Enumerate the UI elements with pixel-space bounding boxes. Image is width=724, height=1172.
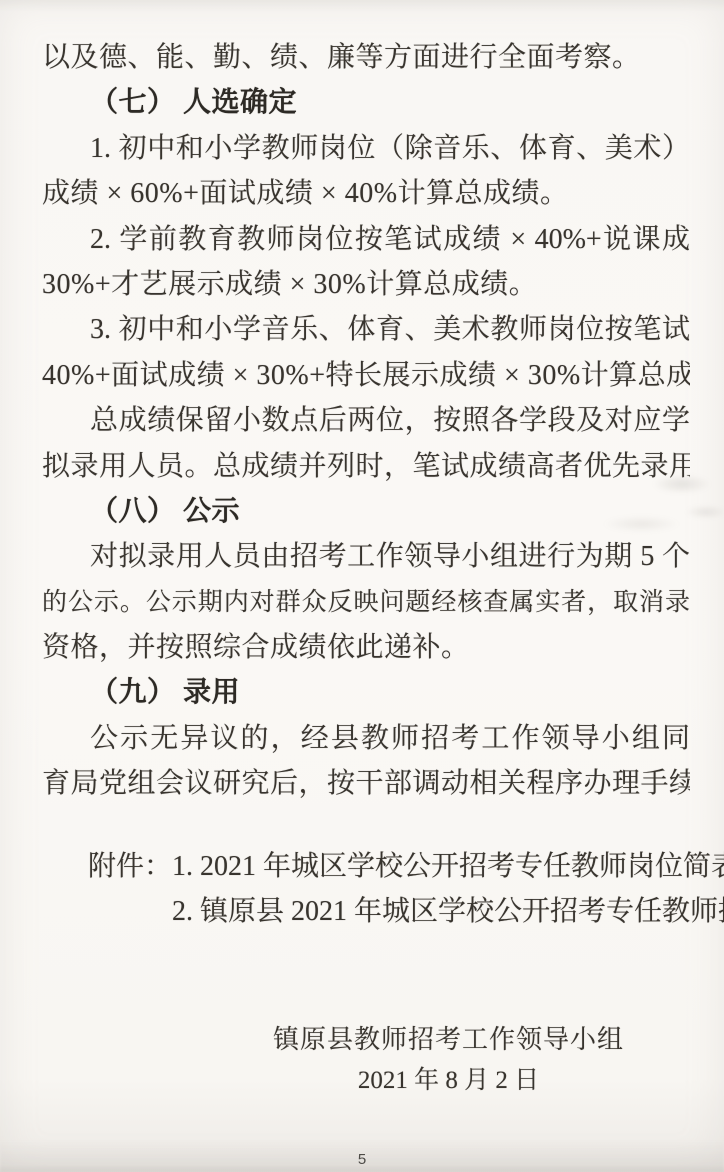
signature-block: 镇原县教师招考工作领导小组 2021 年 8 月 2 日 [273,1019,624,1101]
text-line: 以及德、能、勤、绩、廉等方面进行全面考察。 [42,35,690,80]
signature-organization: 镇原县教师招考工作领导小组 [273,1019,624,1061]
scanned-document-page: 以及德、能、勤、绩、廉等方面进行全面考察。 （七） 人选确定 1. 初中和小学教… [0,0,724,1172]
text-line: 30%+才艺展示成绩 × 30%计算总成绩。 [42,262,690,307]
attachments-block: 附件： 1. 2021 年城区学校公开招考专任教师岗位简表 2. 镇原县 202… [88,844,690,935]
text-line: 公示无异议的，经县教师招考工作领导小组同意，县教 [42,716,690,761]
text-line: 1. 初中和小学教师岗位（除音乐、体育、美术）按笔试 [42,126,690,171]
text-line: 拟录用人员。总成绩并列时，笔试成绩高者优先录用。 [42,444,690,489]
signature-date: 2021 年 8 月 2 日 [273,1061,624,1101]
attachment-item: 1. 2021 年城区学校公开招考专任教师岗位简表 [172,844,724,889]
text-line: 3. 初中和小学音乐、体育、美术教师岗位按笔试成绩 × [42,307,690,352]
attachment-item: 2. 镇原县 2021 年城区学校公开招考专任教师报名表 [172,889,724,934]
section-heading: （八） 公示 [42,489,690,534]
attachments-label: 附件： [88,844,172,935]
text-line: 对拟录用人员由招考工作领导小组进行为期 5 个工作日 [42,534,690,579]
section-heading: （七） 人选确定 [42,80,690,125]
text-line: 2. 学前教育教师岗位按笔试成绩 × 40%+说课成绩 × [42,217,690,262]
document-body: 以及德、能、勤、绩、廉等方面进行全面考察。 （七） 人选确定 1. 初中和小学教… [42,35,690,934]
text-line: 资格，并按照综合成绩依此递补。 [42,625,690,670]
text-line: 总成绩保留小数点后两位，按照各学段及对应学科确定 [42,398,690,443]
text-line: 成绩 × 60%+面试成绩 × 40%计算总成绩。 [42,171,690,216]
text-line: 40%+面试成绩 × 30%+特长展示成绩 × 30%计算总成绩。 [42,353,690,398]
text-line: 育局党组会议研究后，按干部调动相关程序办理手续。 [42,761,690,806]
section-heading: （九） 录用 [42,670,690,715]
text-line: 的公示。公示期内对群众反映问题经核查属实者，取消录用 [42,580,690,625]
page-number: 5 [0,1151,724,1168]
attachments-list: 1. 2021 年城区学校公开招考专任教师岗位简表 2. 镇原县 2021 年城… [172,844,724,935]
